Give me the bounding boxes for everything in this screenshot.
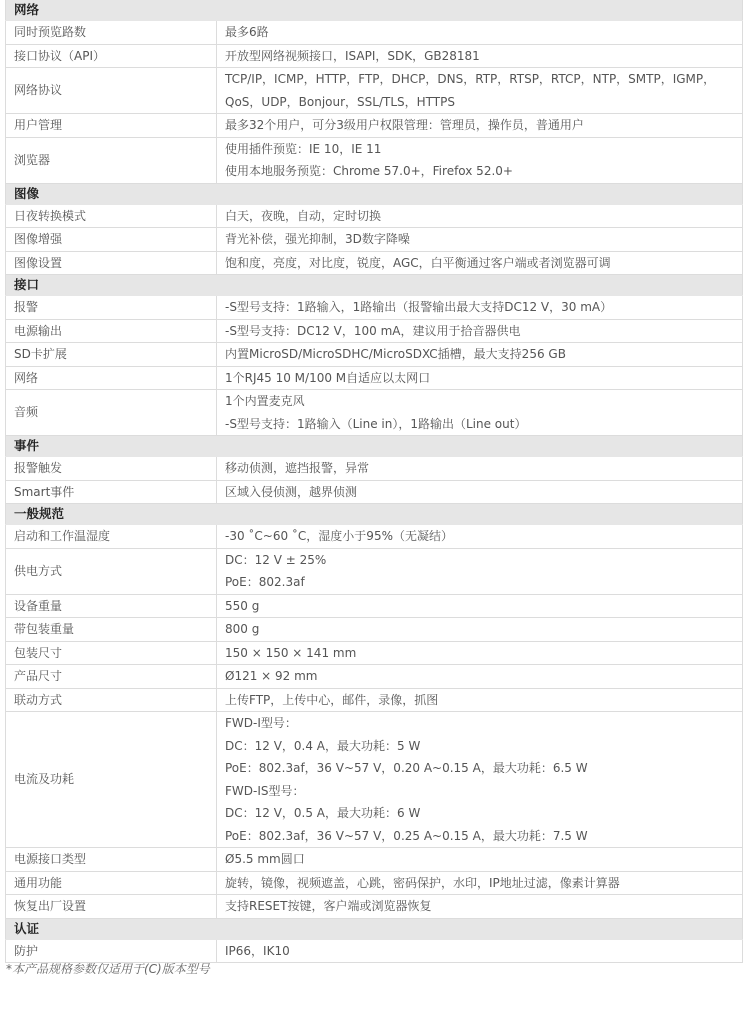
spec-value-line: 背光补偿，强光抑制，3D数字降噪 bbox=[225, 228, 742, 251]
spec-value: Ø5.5 mm圆口 bbox=[217, 848, 743, 872]
spec-value: 旋转，镜像，视频遮盖，心跳，密码保护，水印，IP地址过滤，像素计算器 bbox=[217, 871, 743, 895]
spec-label: 产品尺寸 bbox=[6, 665, 217, 689]
spec-value-line: 最多32个用户，可分3级用户权限管理：管理员，操作员，普通用户 bbox=[225, 114, 742, 137]
table-row: 音频1个内置麦克风-S型号支持：1路输入（Line in），1路输出（Line … bbox=[6, 390, 743, 436]
table-row: 电流及功耗FWD-I型号：DC：12 V，0.4 A，最大功耗：5 WPoE：8… bbox=[6, 712, 743, 848]
spec-label: 电源接口类型 bbox=[6, 848, 217, 872]
spec-value-line: 使用插件预览：IE 10，IE 11 bbox=[225, 138, 742, 161]
spec-value-line: DC：12 V，0.5 A，最大功耗：6 W bbox=[225, 802, 742, 825]
spec-label: 同时预览路数 bbox=[6, 21, 217, 45]
spec-table: 网络同时预览路数最多6路接口协议（API）开放型网络视频接口，ISAPI，SDK… bbox=[5, 0, 743, 963]
spec-label: 防护 bbox=[6, 939, 217, 963]
section-header: 网络 bbox=[6, 0, 743, 21]
spec-value: 最多6路 bbox=[217, 21, 743, 45]
spec-value-line: 上传FTP，上传中心，邮件，录像，抓图 bbox=[225, 689, 742, 712]
spec-value-line: -S型号支持：DC12 V，100 mA，建议用于拾音器供电 bbox=[225, 320, 742, 343]
spec-label: Smart事件 bbox=[6, 480, 217, 504]
section-title: 图像 bbox=[6, 183, 743, 204]
spec-value-line: Ø121 × 92 mm bbox=[225, 665, 742, 688]
spec-value-line: IP66，IK10 bbox=[225, 940, 742, 963]
spec-value-line: 1个RJ45 10 M/100 M自适应以太网口 bbox=[225, 367, 742, 390]
spec-table-body: 网络同时预览路数最多6路接口协议（API）开放型网络视频接口，ISAPI，SDK… bbox=[6, 0, 743, 963]
spec-value: 支持RESET按键，客户端或浏览器恢复 bbox=[217, 895, 743, 919]
spec-value: -S型号支持：1路输入，1路输出（报警输出最大支持DC12 V，30 mA） bbox=[217, 296, 743, 320]
table-row: 同时预览路数最多6路 bbox=[6, 21, 743, 45]
spec-value-line: 支持RESET按键，客户端或浏览器恢复 bbox=[225, 895, 742, 918]
footnote: *本产品规格参数仅适用于(C)版本型号 bbox=[6, 960, 210, 977]
spec-value: 内置MicroSD/MicroSDHC/MicroSDXC插槽，最大支持256 … bbox=[217, 343, 743, 367]
table-row: 网络1个RJ45 10 M/100 M自适应以太网口 bbox=[6, 366, 743, 390]
section-title: 事件 bbox=[6, 436, 743, 457]
spec-value: -S型号支持：DC12 V，100 mA，建议用于拾音器供电 bbox=[217, 319, 743, 343]
table-row: 设备重量550 g bbox=[6, 594, 743, 618]
spec-value-line: -S型号支持：1路输入（Line in），1路输出（Line out） bbox=[225, 413, 742, 436]
table-row: 通用功能旋转，镜像，视频遮盖，心跳，密码保护，水印，IP地址过滤，像素计算器 bbox=[6, 871, 743, 895]
spec-value-line: 饱和度，亮度，对比度，锐度，AGC，白平衡通过客户端或者浏览器可调 bbox=[225, 252, 742, 275]
spec-value-line: FWD-I型号： bbox=[225, 712, 742, 735]
spec-value-line: -30 ˚C~60 ˚C，湿度小于95%（无凝结） bbox=[225, 525, 742, 548]
spec-value: TCP/IP，ICMP，HTTP，FTP，DHCP，DNS，RTP，RTSP，R… bbox=[217, 68, 743, 114]
spec-value-line: QoS，UDP，Bonjour，SSL/TLS，HTTPS bbox=[225, 91, 742, 114]
spec-label: 音频 bbox=[6, 390, 217, 436]
table-row: SD卡扩展内置MicroSD/MicroSDHC/MicroSDXC插槽，最大支… bbox=[6, 343, 743, 367]
spec-label: 设备重量 bbox=[6, 594, 217, 618]
spec-value-line: 区域入侵侦测，越界侦测 bbox=[225, 481, 742, 504]
table-row: 电源接口类型Ø5.5 mm圆口 bbox=[6, 848, 743, 872]
spec-value: Ø121 × 92 mm bbox=[217, 665, 743, 689]
spec-label: 启动和工作温湿度 bbox=[6, 525, 217, 549]
spec-value: 1个内置麦克风-S型号支持：1路输入（Line in），1路输出（Line ou… bbox=[217, 390, 743, 436]
table-row: Smart事件区域入侵侦测，越界侦测 bbox=[6, 480, 743, 504]
spec-value-line: 800 g bbox=[225, 618, 742, 641]
spec-value-line: PoE：802.3af，36 V~57 V，0.25 A~0.15 A，最大功耗… bbox=[225, 825, 742, 848]
spec-label: 图像设置 bbox=[6, 251, 217, 275]
section-header: 一般规范 bbox=[6, 504, 743, 525]
table-row: 图像增强背光补偿，强光抑制，3D数字降噪 bbox=[6, 228, 743, 252]
table-row: 图像设置饱和度，亮度，对比度，锐度，AGC，白平衡通过客户端或者浏览器可调 bbox=[6, 251, 743, 275]
spec-value-line: FWD-IS型号： bbox=[225, 780, 742, 803]
table-row: 产品尺寸Ø121 × 92 mm bbox=[6, 665, 743, 689]
spec-value: FWD-I型号：DC：12 V，0.4 A，最大功耗：5 WPoE：802.3a… bbox=[217, 712, 743, 848]
spec-label: 网络 bbox=[6, 366, 217, 390]
spec-label: 恢复出厂设置 bbox=[6, 895, 217, 919]
spec-value: 上传FTP，上传中心，邮件，录像，抓图 bbox=[217, 688, 743, 712]
table-row: 带包装重量800 g bbox=[6, 618, 743, 642]
spec-value: 饱和度，亮度，对比度，锐度，AGC，白平衡通过客户端或者浏览器可调 bbox=[217, 251, 743, 275]
spec-label: 接口协议（API） bbox=[6, 44, 217, 68]
spec-value: 白天，夜晚，自动，定时切换 bbox=[217, 204, 743, 228]
section-title: 接口 bbox=[6, 275, 743, 296]
spec-value-line: PoE：802.3af，36 V~57 V，0.20 A~0.15 A，最大功耗… bbox=[225, 757, 742, 780]
table-row: 报警-S型号支持：1路输入，1路输出（报警输出最大支持DC12 V，30 mA） bbox=[6, 296, 743, 320]
spec-value-line: 150 × 150 × 141 mm bbox=[225, 642, 742, 665]
spec-label: 带包装重量 bbox=[6, 618, 217, 642]
spec-value: 150 × 150 × 141 mm bbox=[217, 641, 743, 665]
spec-label: 图像增强 bbox=[6, 228, 217, 252]
table-row: 防护IP66，IK10 bbox=[6, 939, 743, 963]
table-row: 报警触发移动侦测，遮挡报警，异常 bbox=[6, 457, 743, 481]
spec-value-line: TCP/IP，ICMP，HTTP，FTP，DHCP，DNS，RTP，RTSP，R… bbox=[225, 68, 742, 91]
spec-label: 浏览器 bbox=[6, 137, 217, 183]
section-header: 接口 bbox=[6, 275, 743, 296]
spec-label: 报警 bbox=[6, 296, 217, 320]
spec-label: 通用功能 bbox=[6, 871, 217, 895]
spec-value-line: 开放型网络视频接口，ISAPI，SDK，GB28181 bbox=[225, 45, 742, 68]
table-row: 包装尺寸150 × 150 × 141 mm bbox=[6, 641, 743, 665]
table-row: 恢复出厂设置支持RESET按键，客户端或浏览器恢复 bbox=[6, 895, 743, 919]
spec-value-line: DC：12 V ± 25% bbox=[225, 549, 742, 572]
table-row: 联动方式上传FTP，上传中心，邮件，录像，抓图 bbox=[6, 688, 743, 712]
spec-value-line: 1个内置麦克风 bbox=[225, 390, 742, 413]
table-row: 接口协议（API）开放型网络视频接口，ISAPI，SDK，GB28181 bbox=[6, 44, 743, 68]
spec-value-line: DC：12 V，0.4 A，最大功耗：5 W bbox=[225, 735, 742, 758]
section-header: 图像 bbox=[6, 183, 743, 204]
table-row: 电源输出-S型号支持：DC12 V，100 mA，建议用于拾音器供电 bbox=[6, 319, 743, 343]
spec-value-line: PoE：802.3af bbox=[225, 571, 742, 594]
spec-label: 用户管理 bbox=[6, 114, 217, 138]
spec-value-line: 旋转，镜像，视频遮盖，心跳，密码保护，水印，IP地址过滤，像素计算器 bbox=[225, 872, 742, 895]
spec-value: -30 ˚C~60 ˚C，湿度小于95%（无凝结） bbox=[217, 525, 743, 549]
spec-label: 报警触发 bbox=[6, 457, 217, 481]
table-row: 网络协议TCP/IP，ICMP，HTTP，FTP，DHCP，DNS，RTP，RT… bbox=[6, 68, 743, 114]
spec-label: SD卡扩展 bbox=[6, 343, 217, 367]
spec-value-line: 白天，夜晚，自动，定时切换 bbox=[225, 205, 742, 228]
spec-label: 日夜转换模式 bbox=[6, 204, 217, 228]
spec-label: 电流及功耗 bbox=[6, 712, 217, 848]
spec-value: 开放型网络视频接口，ISAPI，SDK，GB28181 bbox=[217, 44, 743, 68]
spec-value: 1个RJ45 10 M/100 M自适应以太网口 bbox=[217, 366, 743, 390]
spec-value: 使用插件预览：IE 10，IE 11使用本地服务预览：Chrome 57.0+，… bbox=[217, 137, 743, 183]
spec-value: 最多32个用户，可分3级用户权限管理：管理员，操作员，普通用户 bbox=[217, 114, 743, 138]
table-row: 启动和工作温湿度-30 ˚C~60 ˚C，湿度小于95%（无凝结） bbox=[6, 525, 743, 549]
spec-value: 550 g bbox=[217, 594, 743, 618]
table-row: 供电方式DC：12 V ± 25%PoE：802.3af bbox=[6, 548, 743, 594]
section-title: 网络 bbox=[6, 0, 743, 21]
spec-value: 800 g bbox=[217, 618, 743, 642]
spec-value: IP66，IK10 bbox=[217, 939, 743, 963]
table-row: 日夜转换模式白天，夜晚，自动，定时切换 bbox=[6, 204, 743, 228]
spec-value-line: 使用本地服务预览：Chrome 57.0+，Firefox 52.0+ bbox=[225, 160, 742, 183]
spec-value-line: -S型号支持：1路输入，1路输出（报警输出最大支持DC12 V，30 mA） bbox=[225, 296, 742, 319]
section-header: 事件 bbox=[6, 436, 743, 457]
spec-value: DC：12 V ± 25%PoE：802.3af bbox=[217, 548, 743, 594]
spec-label: 联动方式 bbox=[6, 688, 217, 712]
spec-value-line: Ø5.5 mm圆口 bbox=[225, 848, 742, 871]
spec-label: 电源输出 bbox=[6, 319, 217, 343]
section-title: 认证 bbox=[6, 918, 743, 939]
spec-value-line: 移动侦测，遮挡报警，异常 bbox=[225, 457, 742, 480]
spec-value-line: 550 g bbox=[225, 595, 742, 618]
spec-value: 背光补偿，强光抑制，3D数字降噪 bbox=[217, 228, 743, 252]
table-row: 浏览器使用插件预览：IE 10，IE 11使用本地服务预览：Chrome 57.… bbox=[6, 137, 743, 183]
spec-label: 供电方式 bbox=[6, 548, 217, 594]
section-title: 一般规范 bbox=[6, 504, 743, 525]
section-header: 认证 bbox=[6, 918, 743, 939]
spec-value: 区域入侵侦测，越界侦测 bbox=[217, 480, 743, 504]
spec-value-line: 内置MicroSD/MicroSDHC/MicroSDXC插槽，最大支持256 … bbox=[225, 343, 742, 366]
table-row: 用户管理最多32个用户，可分3级用户权限管理：管理员，操作员，普通用户 bbox=[6, 114, 743, 138]
spec-value: 移动侦测，遮挡报警，异常 bbox=[217, 457, 743, 481]
spec-label: 网络协议 bbox=[6, 68, 217, 114]
spec-value-line: 最多6路 bbox=[225, 21, 742, 44]
spec-label: 包装尺寸 bbox=[6, 641, 217, 665]
